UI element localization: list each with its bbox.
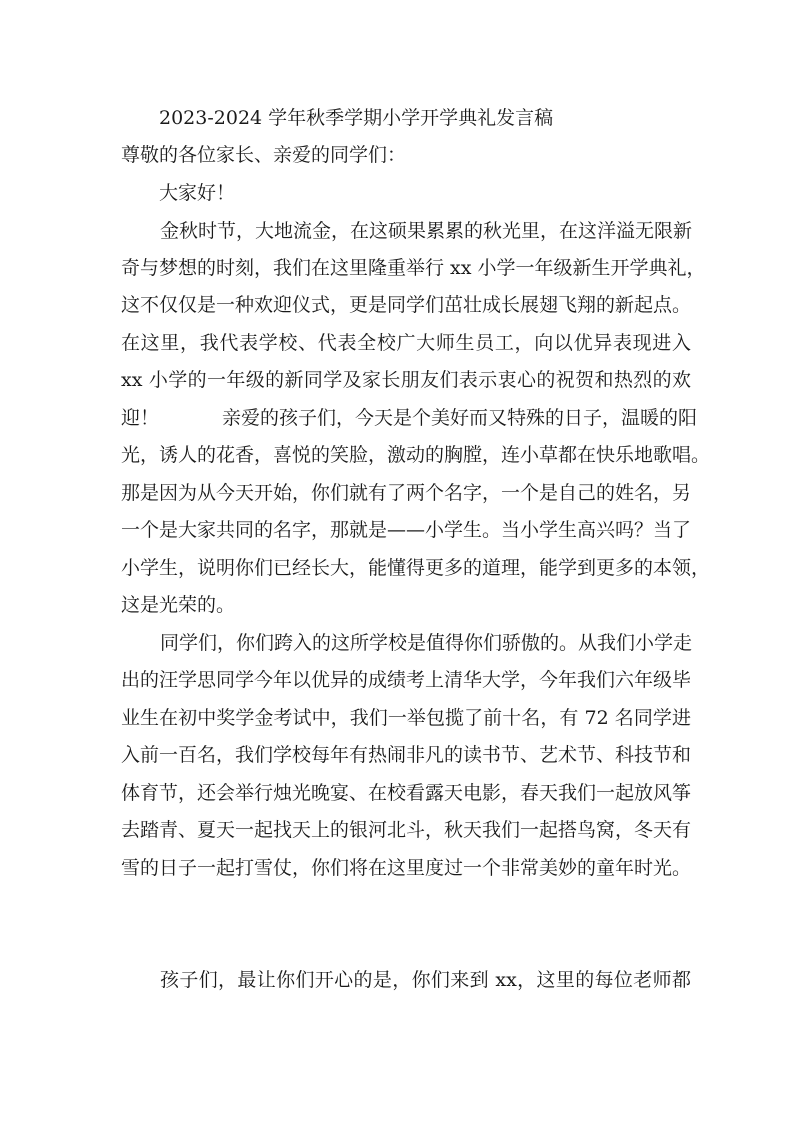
- text-line: 金秋时节，大地流金，在这硕果累累的秋光里，在这洋溢无限新: [160, 219, 691, 243]
- text-line: 出的汪学思同学今年以优异的成绩考上清华大学，今年我们六年级毕: [121, 668, 691, 692]
- text-line: 体育节，还会举行烛光晚宴、在校看露天电影，春天我们一起放风筝: [121, 781, 691, 805]
- salutation: 尊敬的各位家长、亲爱的同学们：: [121, 143, 406, 167]
- text-line: 孩子们，最让你们开心的是，你们来到 xx，这里的每位老师都: [160, 968, 691, 992]
- text-line: 雪的日子一起打雪仗，你们将在这里度过一个非常美妙的童年时光。: [121, 856, 691, 880]
- text-line: 光，诱人的花香，喜悦的笑脸，激动的胸膛，连小草都在快乐地歌唱。: [121, 443, 691, 467]
- text-line: 在这里，我代表学校、代表全校广大师生员工，向以优异表现进入: [121, 331, 691, 355]
- text-line: 一个是大家共同的名字，那就是——小学生。当小学生高兴吗？当了: [121, 518, 691, 542]
- text-line: 那是因为从今天开始，你们就有了两个名字，一个是自己的姓名，另: [121, 481, 691, 505]
- text-line: 小学生，说明你们已经长大，能懂得更多的道理，能学到更多的本领，: [121, 556, 691, 580]
- text-line: 这不仅仅是一种欢迎仪式，更是同学们茁壮成长展翅飞翔的新起点。: [121, 293, 691, 317]
- text-line: 同学们，你们跨入的这所学校是值得你们骄傲的。从我们小学走: [160, 631, 691, 655]
- text-line: 奇与梦想的时刻，我们在这里隆重举行 xx 小学一年级新生开学典礼，: [121, 256, 691, 280]
- document-page: 2023-2024 学年秋季学期小学开学典礼发言稿 尊敬的各位家长、亲爱的同学们…: [0, 0, 793, 1122]
- text-line: 业生在初中奖学金考试中，我们一举包揽了前十名，有 72 名同学进: [121, 706, 691, 730]
- text-line: 入前一百名，我们学校每年有热闹非凡的读书节、艺术节、科技节和: [121, 743, 691, 767]
- text-line: 迎！ 亲爱的孩子们，今天是个美好而又特殊的日子，温暖的阳: [121, 406, 691, 430]
- greeting-hello: 大家好！: [159, 181, 235, 205]
- document-title: 2023-2024 学年秋季学期小学开学典礼发言稿: [159, 106, 553, 130]
- text-line: xx 小学的一年级的新同学及家长朋友们表示衷心的祝贺和热烈的欢: [121, 368, 691, 392]
- text-line: 去踏青、夏天一起找天上的银河北斗，秋天我们一起搭鸟窝，冬天有: [121, 818, 691, 842]
- text-line: 这是光荣的。: [121, 593, 691, 617]
